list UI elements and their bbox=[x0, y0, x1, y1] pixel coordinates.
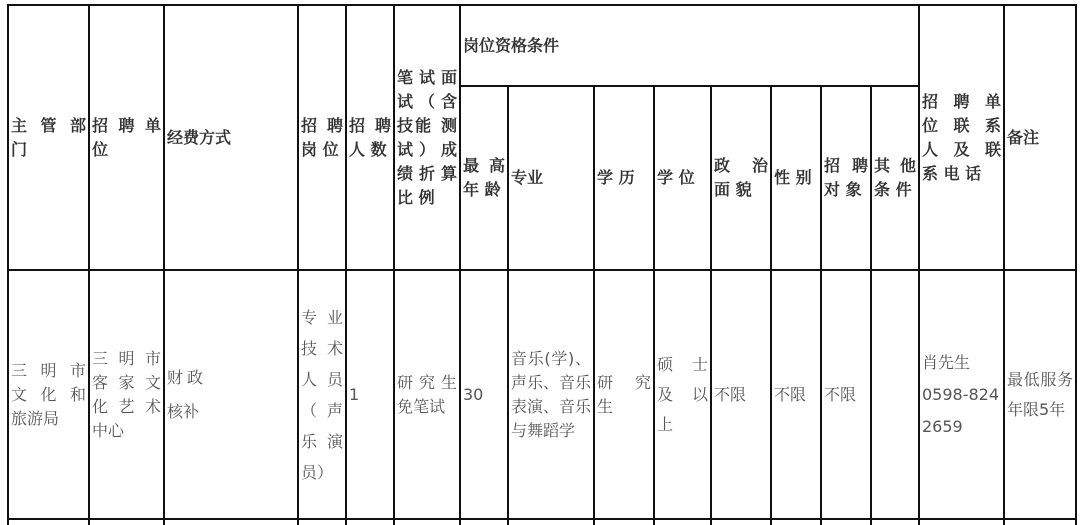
header-education: 学 历 bbox=[594, 86, 654, 270]
header-gender: 性 别 bbox=[771, 86, 821, 270]
header-qualifications-group: 岗位资格条件 bbox=[460, 5, 919, 86]
cell-department: 三 明 市 文 化 和 旅游局 bbox=[8, 270, 89, 519]
cell-exam-ratio: 研究生免笔试 bbox=[394, 270, 460, 519]
header-degree: 学 位 bbox=[654, 86, 711, 270]
cell-funding: 财政核补 bbox=[164, 270, 298, 519]
header-department: 主 管 部门 bbox=[8, 5, 89, 270]
cell-remarks: 最低服务年限5年 bbox=[1004, 270, 1076, 519]
header-major: 专业 bbox=[508, 86, 594, 270]
table-row-partial bbox=[8, 519, 1076, 525]
cell-degree: 硕 士 及 以上 bbox=[654, 270, 711, 519]
cell-max-age: 30 bbox=[460, 270, 508, 519]
funding-text: 财政核补 bbox=[167, 361, 203, 429]
cell-other bbox=[871, 270, 919, 519]
cell-count: 1 bbox=[346, 270, 394, 519]
cell-gender: 不限 bbox=[771, 270, 821, 519]
contact-name: 肖先生 bbox=[922, 347, 1001, 379]
contact-phone: 0598-8242659 bbox=[922, 379, 1001, 443]
cell-political: 不限 bbox=[711, 270, 771, 519]
header-other: 其 他 条 件 bbox=[871, 86, 919, 270]
cell-target: 不限 bbox=[821, 270, 871, 519]
header-political: 政 治 面 貌 bbox=[711, 86, 771, 270]
cell-position: 专 业 技 术 人员（声 乐 演 员） bbox=[298, 270, 346, 519]
cell-unit: 三 明 市 客 家 文 化 艺 术 中心 bbox=[89, 270, 164, 519]
header-remarks: 备注 bbox=[1004, 5, 1076, 270]
header-unit: 招 聘 单位 bbox=[89, 5, 164, 270]
header-target: 招 聘 对 象 bbox=[821, 86, 871, 270]
recruitment-table: 主 管 部门 招 聘 单位 经费方式 招 聘 岗 位 招 聘 人 数 笔 试 面… bbox=[7, 4, 1077, 525]
header-max-age: 最 高 年 龄 bbox=[460, 86, 508, 270]
header-position: 招 聘 岗 位 bbox=[298, 5, 346, 270]
cell-major: 音乐(学)、声乐、音乐表演、音乐与舞蹈学 bbox=[508, 270, 594, 519]
header-exam-ratio: 笔 试 面 试（含 技能 测试）成 绩 折 算 比 例 bbox=[394, 5, 460, 270]
table-row: 三 明 市 文 化 和 旅游局 三 明 市 客 家 文 化 艺 术 中心 财政核… bbox=[8, 270, 1076, 519]
header-count: 招 聘 人 数 bbox=[346, 5, 394, 270]
cell-contact: 肖先生 0598-8242659 bbox=[919, 270, 1004, 519]
header-funding: 经费方式 bbox=[164, 5, 298, 270]
header-contact: 招 聘 单 位 联 系 人 及 联 系 电 话 bbox=[919, 5, 1004, 270]
cell-education: 研 究 生 bbox=[594, 270, 654, 519]
